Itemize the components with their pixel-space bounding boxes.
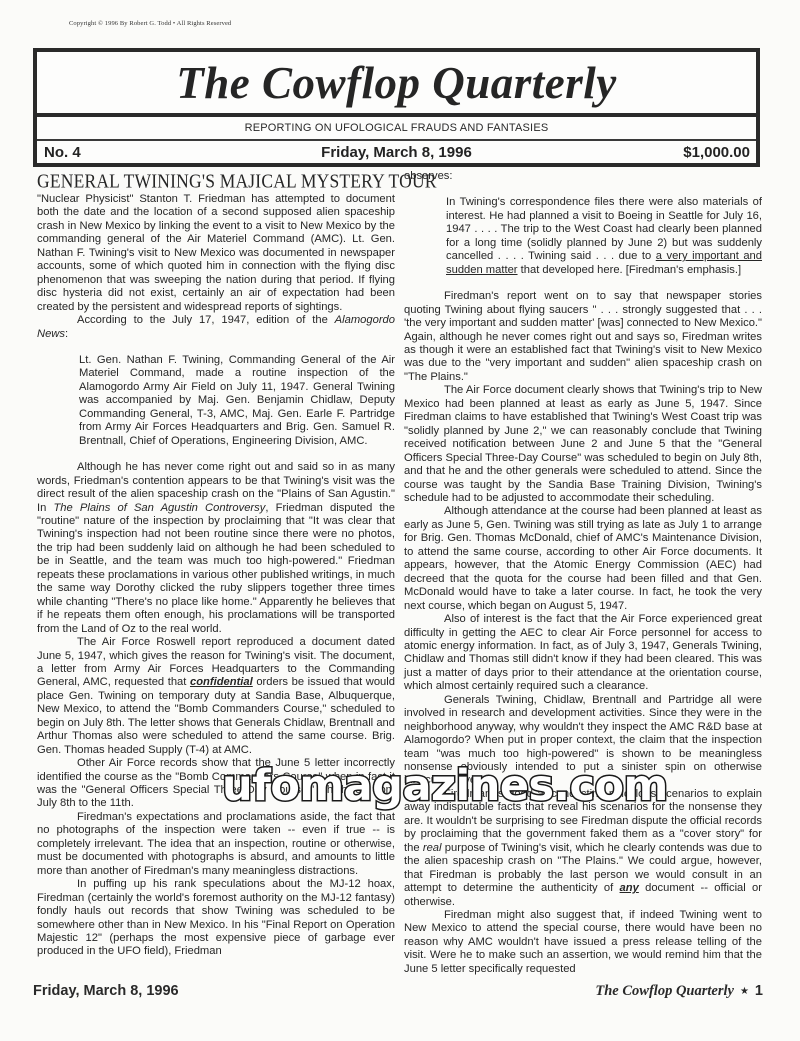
text: that developed here. [Firedman's emphasi… xyxy=(518,264,742,276)
page-number: 1 xyxy=(755,983,763,999)
footer-publication-name: The Cowflop Quarterly xyxy=(595,983,734,999)
article-column-right: observes: In Twining's correspondence fi… xyxy=(404,170,762,976)
emphasis: confidential xyxy=(190,676,253,688)
book-title: The Plains of San Agustin Controversy xyxy=(53,502,265,514)
paragraph: The Air Force Roswell report reproduced … xyxy=(37,636,395,757)
issue-date: Friday, March 8, 1996 xyxy=(37,141,756,165)
publication-title: The Cowflop Quarterly xyxy=(37,52,756,113)
article-headline: GENERAL TWINING'S MAJICAL MYSTERY TOUR xyxy=(37,169,395,194)
tagline: REPORTING ON UFOLOGICAL FRAUDS AND FANTA… xyxy=(37,117,756,139)
paragraph: Also of interest is the fact that the Ai… xyxy=(404,613,762,694)
paragraph: In puffing up his rank speculations abou… xyxy=(37,878,395,959)
paragraph: "Nuclear Physicist" Stanton T. Friedman … xyxy=(37,193,395,314)
watermark: ufomagazines.com xyxy=(222,763,668,809)
issue-info-bar: No. 4 Friday, March 8, 1996 $1,000.00 xyxy=(37,141,756,163)
text: According to the July 17, 1947, edition … xyxy=(77,314,335,326)
footer-date: Friday, March 8, 1996 xyxy=(33,983,179,999)
paragraph: The Air Force document clearly shows tha… xyxy=(404,384,762,505)
paragraph: Firedman's expectations and proclamation… xyxy=(37,811,395,878)
paragraph: Although attendance at the course had be… xyxy=(404,505,762,613)
paragraph: According to the July 17, 1947, edition … xyxy=(37,314,395,341)
paragraph: Firedman might also suggest that, if ind… xyxy=(404,909,762,976)
text: : xyxy=(65,328,68,340)
text: , Friedman disputed the "routine" nature… xyxy=(37,502,395,635)
paragraph: Although he has never come right out and… xyxy=(37,461,395,636)
paragraph: Firedman's report went on to say that ne… xyxy=(404,290,762,384)
copyright-notice: Copyright © 1996 By Robert G. Todd • All… xyxy=(69,20,231,27)
emphasis: any xyxy=(620,882,639,894)
paragraph: observes: xyxy=(404,170,762,183)
article-column-left: GENERAL TWINING'S MAJICAL MYSTERY TOUR "… xyxy=(37,170,395,959)
masthead: The Cowflop Quarterly REPORTING ON UFOLO… xyxy=(33,48,760,167)
block-quote: Lt. Gen. Nathan F. Twining, Commanding G… xyxy=(79,354,395,448)
emphasis: real xyxy=(423,842,442,854)
star-icon: ★ xyxy=(740,986,749,997)
footer-brand: The Cowflop Quarterly★1 xyxy=(595,983,763,1000)
issue-price: $1,000.00 xyxy=(683,141,750,165)
block-quote: In Twining's correspondence files there … xyxy=(446,196,762,277)
